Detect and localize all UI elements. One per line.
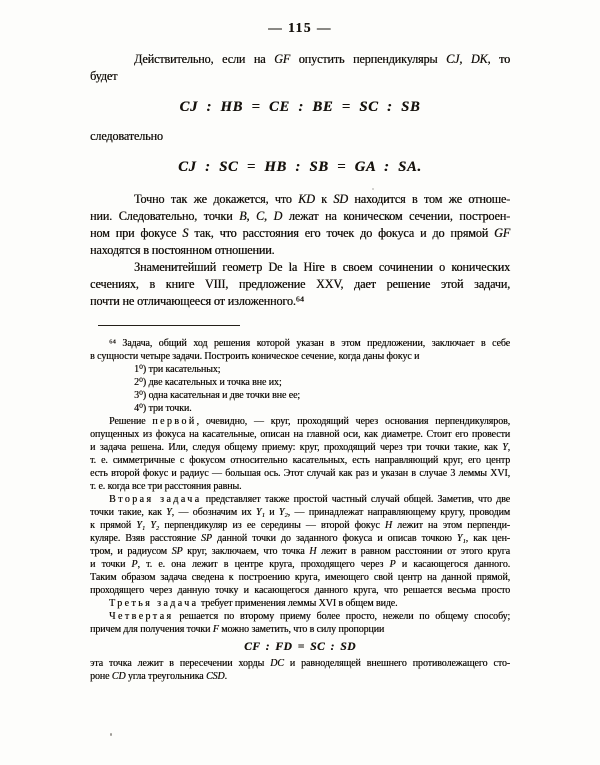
text-line: сечениях, в книге VIII, предложение XXV,… xyxy=(90,276,510,293)
text-line: в сущности четыре задачи. Построить кони… xyxy=(90,350,510,363)
main-text: Действительно, если на GF опустить перпе… xyxy=(90,51,510,310)
text-line: Решение первой, очевидно, — круг, проход… xyxy=(90,415,510,428)
book-page: — 115 — Действительно, если на GF опусти… xyxy=(0,0,600,683)
footnote-text: ⁶⁴ Задача, общий ход решения которой ука… xyxy=(90,337,510,683)
text-line: нии. Следовательно, точки B, C, D лежат … xyxy=(90,208,510,225)
text-line: 3⁰) одна касательная и две точки вне ее; xyxy=(90,389,510,402)
text-line: куляре. Взяв расстояние SP данной точки … xyxy=(90,532,510,545)
display-formula: CJ : HB = CE : BE = SC : SB xyxy=(90,98,510,116)
text-line: 4⁰) три точки. xyxy=(90,402,510,415)
text-line: т. е. симметричные с фокусом относительн… xyxy=(90,454,510,467)
text-line: Действительно, если на GF опустить перпе… xyxy=(90,51,510,68)
footnote-separator xyxy=(98,325,240,326)
text-line: Четвертая решается по второму приему бол… xyxy=(90,610,510,623)
text-line: 1⁰) три касательных; xyxy=(90,363,510,376)
text-line: роне CD угла треугольника CSD. xyxy=(90,670,510,683)
text-line: тром, и радиусом SP круг, заключаем, что… xyxy=(90,545,510,558)
text-line: следовательно xyxy=(90,128,510,145)
scan-speck xyxy=(110,733,112,736)
text-line: причем для получения точки F можно замет… xyxy=(90,623,510,636)
text-line: Вторая задача представляет также простой… xyxy=(90,493,510,506)
text-line: к прямой Y₁ Y₂ перпендикуляр из ее серед… xyxy=(90,519,510,532)
text-line: Таким образом задача сведена к построени… xyxy=(90,571,510,584)
text-line: проходящего через данную точку и касающе… xyxy=(90,584,510,597)
text-line: эта точка лежит в пересечении хорды DC и… xyxy=(90,657,510,670)
text-line: почти не отличающееся от изложенного.⁶⁴ xyxy=(90,293,510,310)
text-line: будет xyxy=(90,68,510,85)
text-line: опущенных из фокуса на касательные, опис… xyxy=(90,428,510,441)
text-line: 2⁰) две касательных и точка вне их; xyxy=(90,376,510,389)
text-line: находятся в постоянном отношении. xyxy=(90,242,510,259)
text-line: Знаменитейший геометр De la Hire в своем… xyxy=(90,259,510,276)
text-line: Третья задача требует применения леммы X… xyxy=(90,597,510,610)
display-formula: CJ : SC = HB : SB = GA : SA. xyxy=(90,158,510,176)
text-line: ном при фокусе S так, что расстояния его… xyxy=(90,225,510,242)
text-line: есть второй фокус и радиус — большая ось… xyxy=(90,467,510,480)
text-line: и задача решена. Или, следуя общему прие… xyxy=(90,441,510,454)
text-line: Точно так же докажется, что KD к SD нахо… xyxy=(90,191,510,208)
text-line: ⁶⁴ Задача, общий ход решения которой ука… xyxy=(90,337,510,350)
text-line: т. е. когда все три расстояния равны. xyxy=(90,480,510,493)
scan-speck xyxy=(372,188,374,190)
display-formula: CF : FD = SC : SD xyxy=(90,641,510,654)
text-line: и точки P, т. е. она лежит в центре круг… xyxy=(90,558,510,571)
text-line: точки такие, как Y, — обозначим их Y₁ и … xyxy=(90,506,510,519)
page-number: — 115 — xyxy=(90,20,510,36)
